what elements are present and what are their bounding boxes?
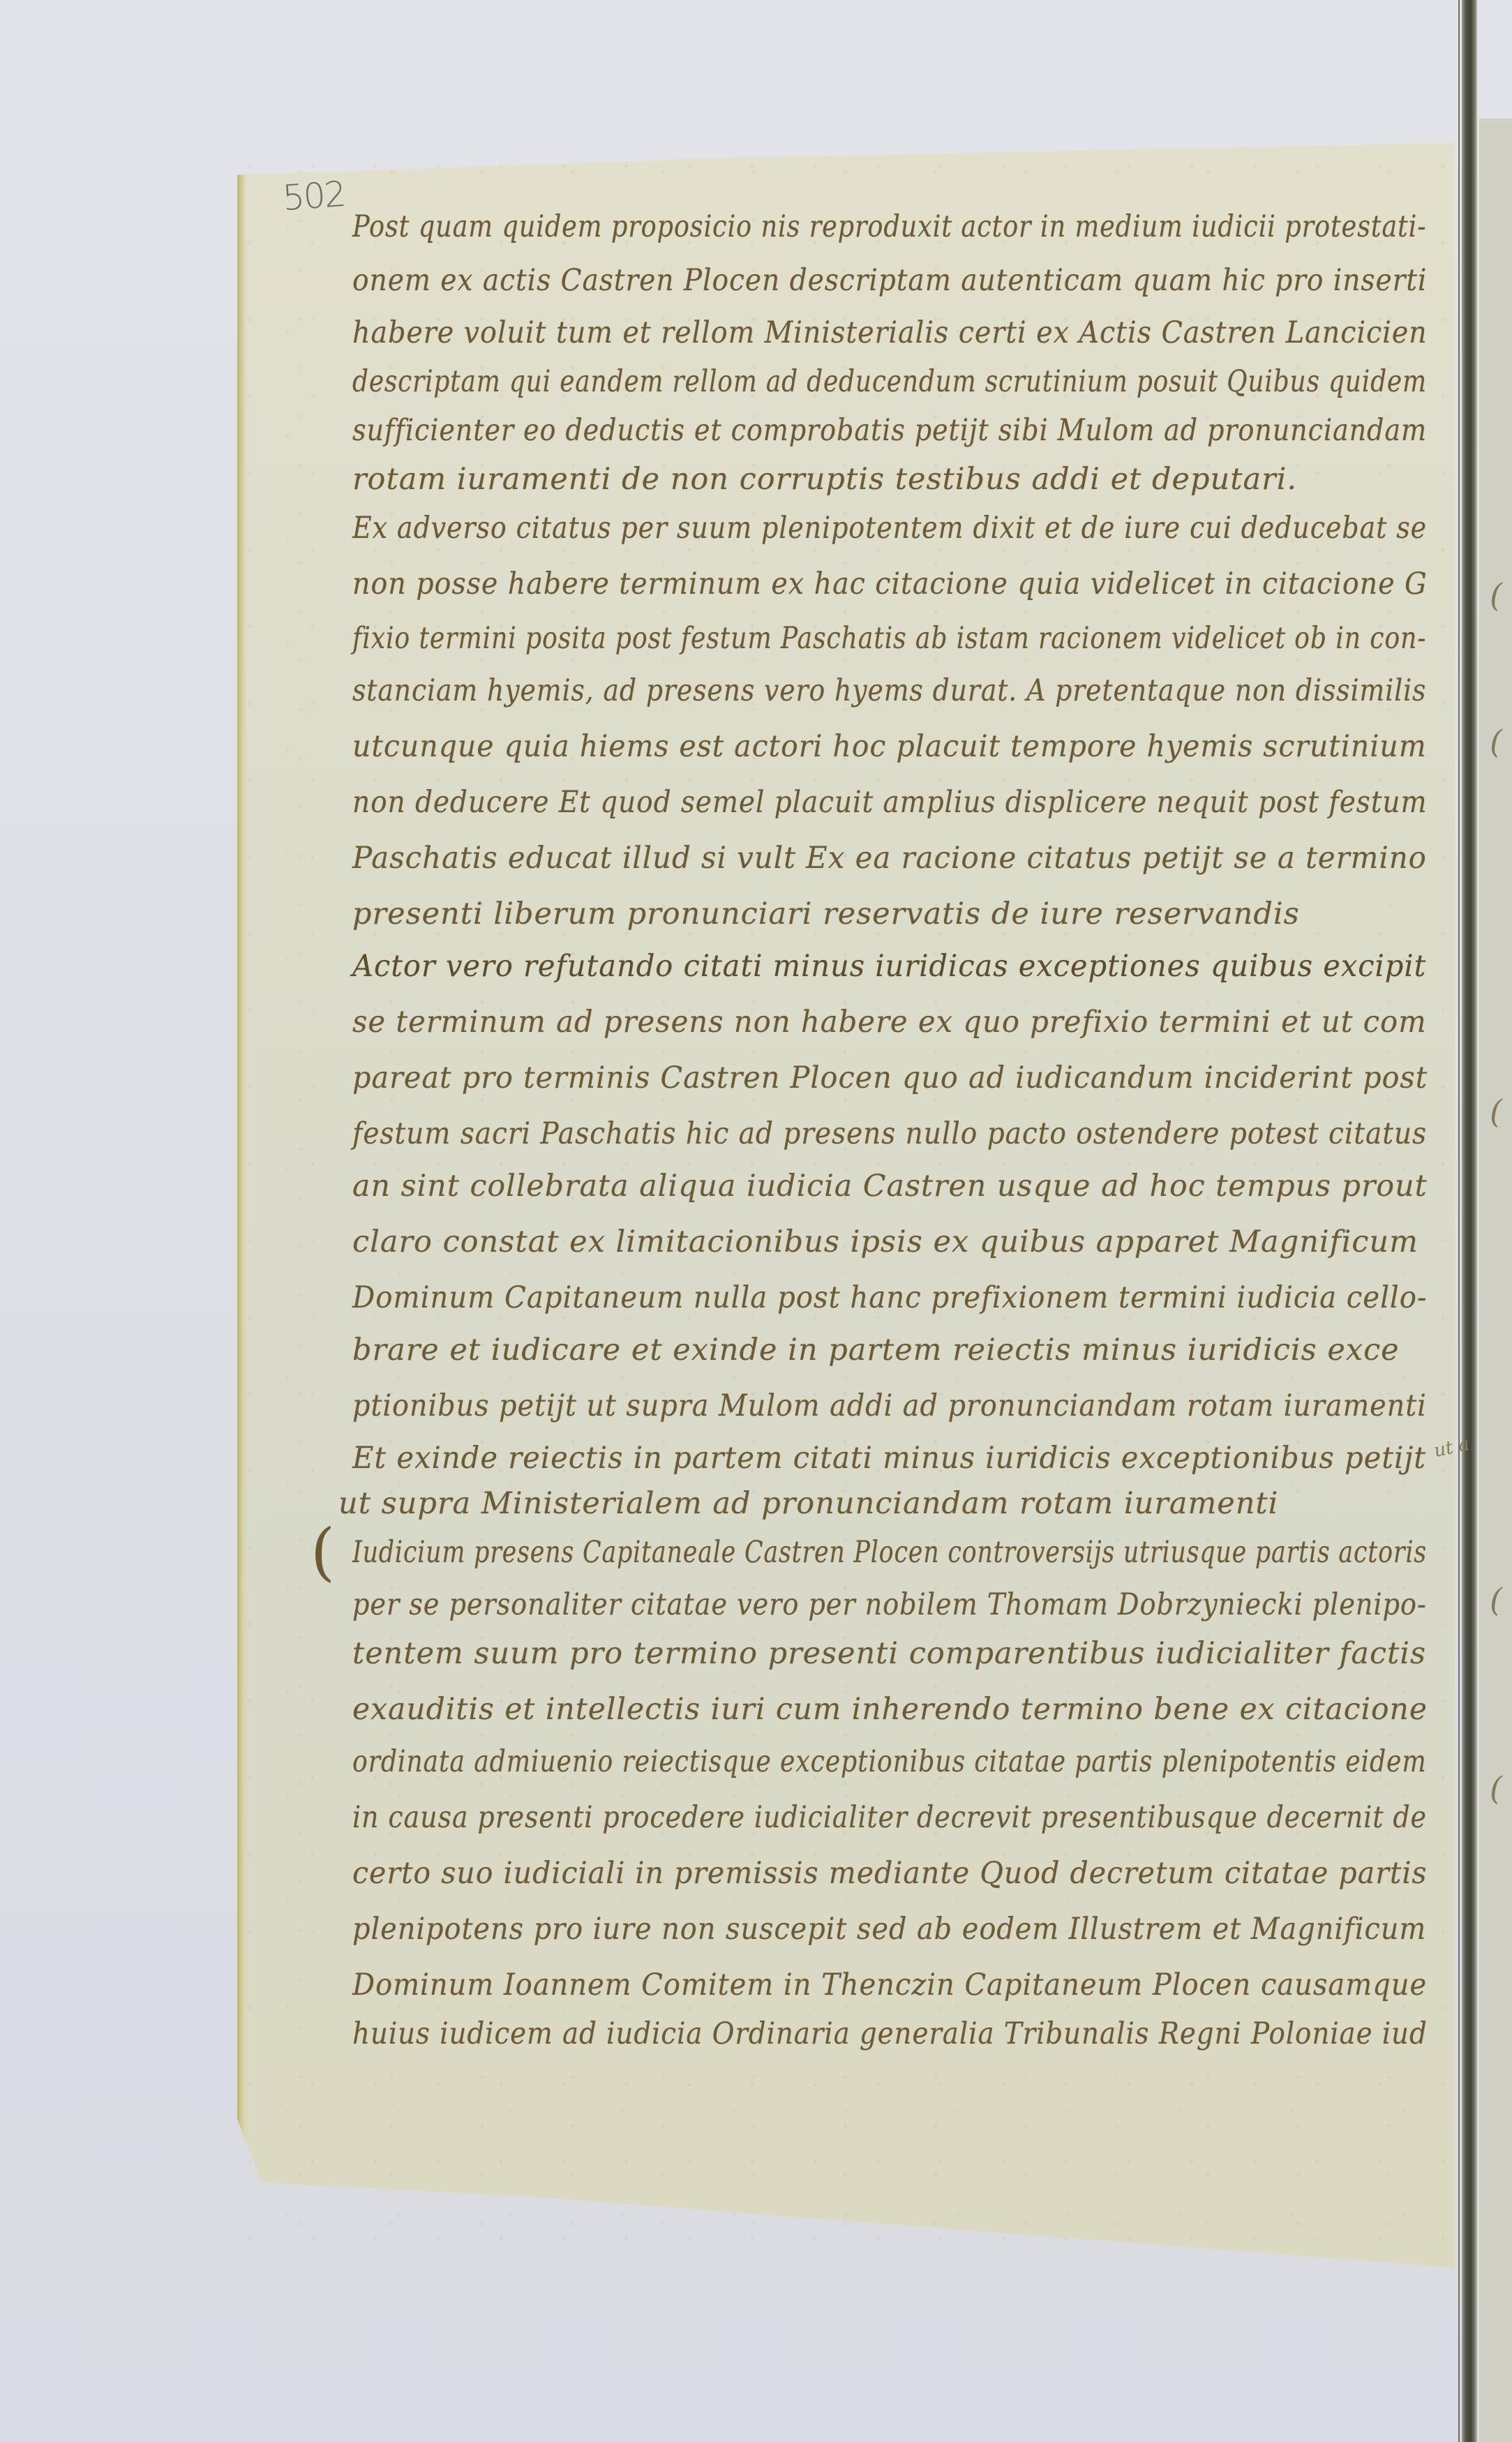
text-line: Dominum Ioannem Comitem in Thenczin Capi… — [352, 1968, 1427, 2002]
text-line: stanciam hyemis, ad presens vero hyems d… — [352, 673, 1426, 708]
facing-page-fragment: ( — [1490, 1584, 1502, 1616]
text-line: pareat pro terminis Castren Plocen quo a… — [352, 1061, 1428, 1095]
text-line: non posse habere terminum ex hac citacio… — [352, 567, 1428, 601]
text-line: ptionibus petijt ut supra Mulom addi ad … — [352, 1388, 1427, 1423]
text-line: Paschatis educat illud si vult Ex ea rac… — [352, 841, 1427, 876]
text-line: ut supra Ministerialem ad pronunciandam … — [338, 1486, 1278, 1521]
text-line: per se personaliter citatae vero per nob… — [352, 1587, 1427, 1622]
text-line: Et exinde reiectis in partem citati minu… — [352, 1441, 1426, 1476]
text-line: ordinata admiuenio reiectisque exception… — [352, 1744, 1427, 1779]
facing-page-edge — [1479, 119, 1512, 2442]
text-line: Post quam quidem proposicio nis reprodux… — [352, 209, 1426, 244]
facing-page-fragment: ( — [1490, 579, 1502, 611]
text-line: onem ex actis Castren Plocen descriptam … — [352, 263, 1427, 298]
text-line: sufficienter eo deductis et comprobatis … — [352, 413, 1427, 448]
book-gutter — [1462, 0, 1477, 2442]
text-line: huius iudicem ad iudicia Ordinaria gener… — [352, 2016, 1428, 2051]
text-line: claro constat ex limitacionibus ipsis ex… — [352, 1224, 1419, 1259]
text-line: an sint collebrata aliqua iudicia Castre… — [352, 1169, 1428, 1204]
facing-page-fragment: ( — [1490, 1095, 1502, 1128]
text-line: in causa presenti procedere iudicialiter… — [352, 1800, 1427, 1835]
text-line: Dominum Capitaneum nulla post hanc prefi… — [352, 1280, 1427, 1315]
text-line: Ex adverso citatus per suum plenipotente… — [352, 511, 1427, 546]
text-line: rotam iuramenti de non corruptis testibu… — [352, 462, 1297, 497]
text-line: presenti liberum pronunciari reservatis … — [352, 897, 1300, 931]
text-line: tentem suum pro termino presenti compare… — [352, 1636, 1426, 1671]
facing-page-fragment: ( — [1490, 726, 1502, 758]
facing-page-fragment: ( — [1490, 1772, 1502, 1804]
folio-number: 502 — [281, 174, 346, 218]
text-line: plenipotens pro iure non suscepit sed ab… — [352, 1912, 1426, 1947]
text-line: utcunque quia hiems est actori hoc placu… — [352, 729, 1427, 764]
text-line: festum sacri Paschatis hic ad presens nu… — [352, 1116, 1427, 1151]
text-line: fixio termini posita post festum Paschat… — [352, 621, 1426, 656]
text-line: Actor vero refutando citati minus iuridi… — [352, 949, 1426, 984]
text-line: exauditis et intellectis iuri cum inhere… — [352, 1692, 1428, 1727]
text-line: certo suo iudiciali in premissis mediant… — [352, 1856, 1428, 1891]
text-line: non deducere Et quod semel placuit ampli… — [352, 785, 1427, 820]
binding-edge — [1458, 0, 1460, 2442]
text-line: se terminum ad presens non habere ex quo… — [352, 1005, 1427, 1040]
text-line: brare et iudicare et exinde in partem re… — [352, 1333, 1400, 1368]
text-line: descriptam qui eandem rellom ad deducend… — [352, 364, 1427, 399]
paragraph-bracket-icon: ( — [310, 1521, 335, 1584]
text-line: habere voluit tum et rellom Ministeriali… — [352, 315, 1428, 350]
text-line: Iudicium presens Capitaneale Castren Plo… — [352, 1535, 1427, 1570]
